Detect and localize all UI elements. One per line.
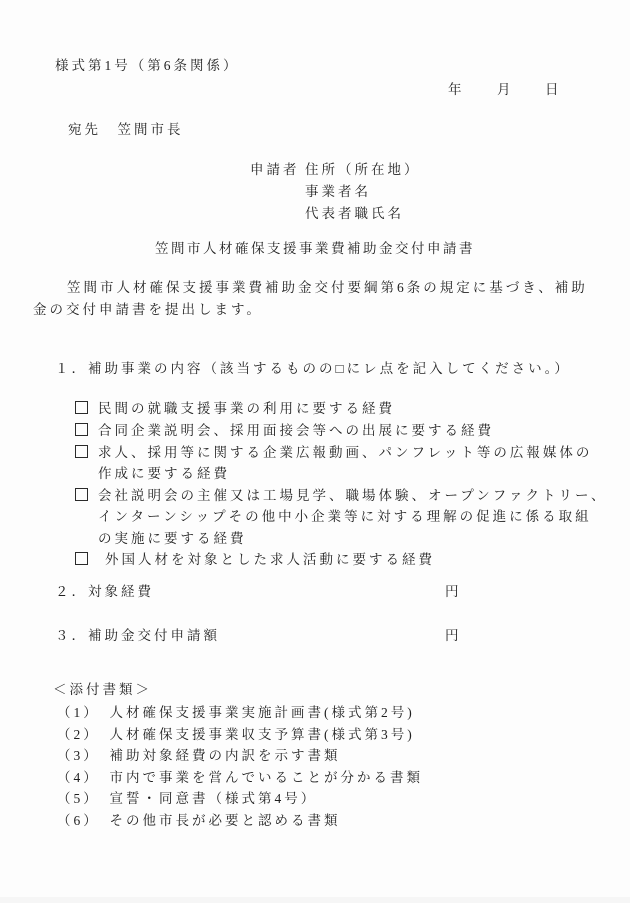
date-year-label: 年 bbox=[448, 81, 465, 98]
attachment-item: （6） その他市長が必要と認める書類 bbox=[57, 812, 341, 829]
checkbox-icon[interactable] bbox=[75, 445, 88, 458]
checkbox-row: 求人、採用等に関する企業広報動画、パンフレット等の広報媒体の bbox=[75, 444, 592, 461]
section2-heading: ２．対象経費 bbox=[55, 583, 154, 600]
applicant-business-name-label: 事業者名 bbox=[305, 183, 371, 200]
section3-unit-yen: 円 bbox=[445, 627, 462, 644]
intro-paragraph-line-1: 笠間市人材確保支援事業費補助金交付要綱第6条の規定に基づき、補助 bbox=[67, 279, 588, 296]
date-day-label: 日 bbox=[545, 81, 562, 98]
checkbox-icon[interactable] bbox=[75, 488, 88, 501]
document-page: 様式第1号（第6条関係） 年 月 日 宛先 笠間市長 申請者 住所（所在地） 事… bbox=[0, 0, 630, 903]
checkbox-label: 会社説明会の主催又は工場見学、職場体験、オープンファクトリー、 bbox=[98, 488, 607, 503]
checkbox-label-continuation: 作成に要する経費 bbox=[98, 465, 230, 482]
section3-heading: ３．補助金交付申請額 bbox=[55, 627, 220, 644]
checkbox-row: 会社説明会の主催又は工場見学、職場体験、オープンファクトリー、 bbox=[75, 487, 607, 504]
checkbox-row: 外国人材を対象とした求人活動に要する経費 bbox=[75, 551, 435, 568]
addressee: 宛先 笠間市長 bbox=[68, 121, 184, 138]
section1-heading: １．補助事業の内容（該当するものの□にレ点を記入してください。） bbox=[55, 360, 571, 377]
checkbox-icon[interactable] bbox=[75, 401, 88, 414]
checkbox-row: 民間の就職支援事業の利用に要する経費 bbox=[75, 400, 395, 417]
checkbox-label-continuation: の実施に要する経費 bbox=[98, 530, 247, 547]
attachment-item: （1） 人材確保支援事業実施計画書(様式第2号) bbox=[57, 704, 415, 721]
applicant-label: 申請者 bbox=[250, 161, 300, 178]
applicant-address-label: 住所（所在地） bbox=[305, 161, 421, 178]
page-title: 笠間市人材確保支援事業費補助金交付申請書 bbox=[0, 240, 630, 257]
intro-paragraph-line-2: 金の交付申請書を提出します。 bbox=[33, 301, 263, 318]
section2-unit-yen: 円 bbox=[445, 583, 462, 600]
attachment-item: （2） 人材確保支援事業収支予算書(様式第3号) bbox=[57, 726, 415, 743]
attachment-item: （3） 補助対象経費の内訳を示す書類 bbox=[57, 747, 341, 764]
date-month-label: 月 bbox=[497, 81, 514, 98]
applicant-representative-label: 代表者職氏名 bbox=[305, 205, 404, 222]
checkbox-label: 民間の就職支援事業の利用に要する経費 bbox=[98, 401, 395, 416]
form-number: 様式第1号（第6条関係） bbox=[55, 57, 240, 74]
checkbox-label-continuation: インターンシップその他中小企業等に対する理解の促進に係る取組 bbox=[98, 508, 592, 525]
attachment-item: （4） 市内で事業を営んでいることが分かる書類 bbox=[57, 769, 423, 786]
checkbox-label: 合同企業説明会、採用面接会等への出展に要する経費 bbox=[98, 423, 494, 438]
page-bottom-edge bbox=[0, 897, 630, 903]
checkbox-icon[interactable] bbox=[75, 552, 88, 565]
checkbox-label: 求人、採用等に関する企業広報動画、パンフレット等の広報媒体の bbox=[98, 445, 592, 460]
checkbox-row: 合同企業説明会、採用面接会等への出展に要する経費 bbox=[75, 422, 494, 439]
attachment-item: （5） 宣誓・同意書（様式第4号） bbox=[57, 790, 317, 807]
checkbox-icon[interactable] bbox=[75, 423, 88, 436]
attachments-heading: ＜添付書類＞ bbox=[53, 681, 152, 698]
checkbox-label: 外国人材を対象とした求人活動に要する経費 bbox=[105, 552, 435, 567]
